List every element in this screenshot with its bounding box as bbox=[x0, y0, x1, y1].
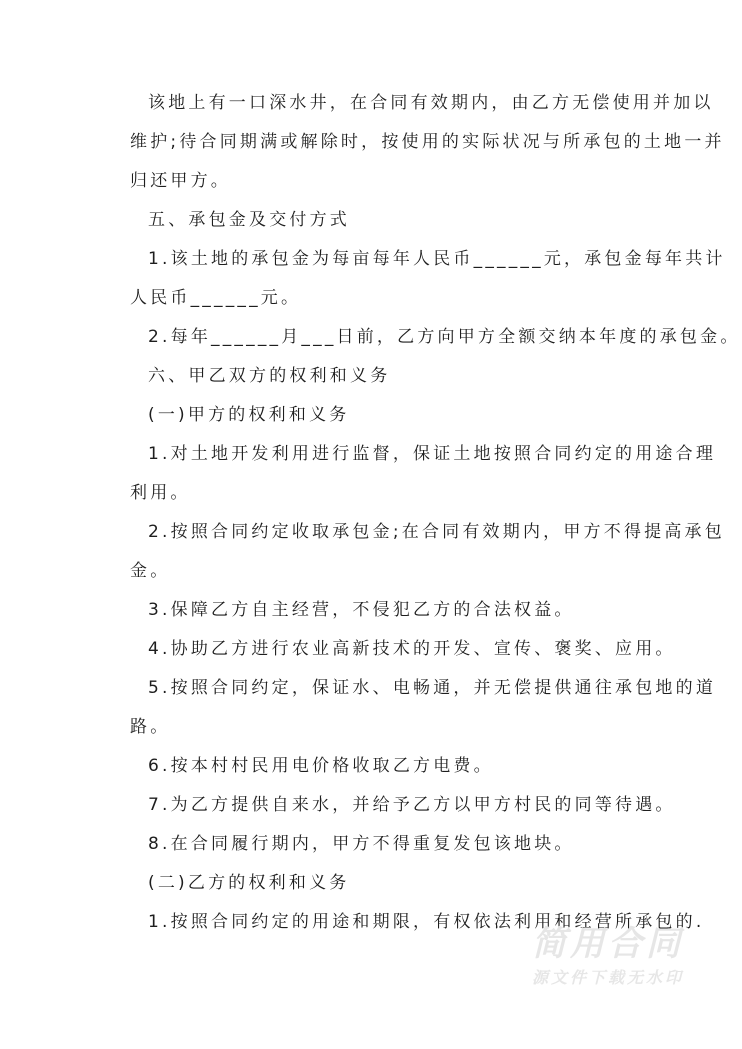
document-page: 该地上有一口深水井，在合同有效期内，由乙方无偿使用并加以 维护;待合同期满或解除… bbox=[130, 90, 675, 948]
paragraph-line: 4.协助乙方进行农业高新技术的开发、宣传、褒奖、应用。 bbox=[130, 636, 675, 675]
watermark-subtitle: 源文件下载无水印 bbox=[508, 963, 708, 993]
paragraph-line: 归还甲方。 bbox=[130, 168, 675, 207]
paragraph-line: 6.按本村村民用电价格收取乙方电费。 bbox=[130, 753, 675, 792]
paragraph-line: 2.按照合同约定收取承包金;在合同有效期内，甲方不得提高承包 bbox=[130, 519, 675, 558]
paragraph-line: 人民币______元。 bbox=[130, 285, 675, 324]
section-heading: 五、承包金及交付方式 bbox=[130, 207, 675, 246]
paragraph-line: 8.在合同履行期内，甲方不得重复发包该地块。 bbox=[130, 831, 675, 870]
paragraph-line: 7.为乙方提供自来水，并给予乙方以甲方村民的同等待遇。 bbox=[130, 792, 675, 831]
paragraph-line: 金。 bbox=[130, 558, 675, 597]
subsection-heading: (二)乙方的权利和义务 bbox=[130, 870, 675, 909]
paragraph-line: 2.每年______月___日前，乙方向甲方全额交纳本年度的承包金。 bbox=[130, 324, 675, 363]
paragraph-line: 1.对土地开发利用进行监督，保证土地按照合同约定的用途合理 bbox=[130, 441, 675, 480]
paragraph-line: 5.按照合同约定，保证水、电畅通，并无偿提供通往承包地的道 bbox=[130, 675, 675, 714]
paragraph-line: 利用。 bbox=[130, 480, 675, 519]
paragraph-line: 3.保障乙方自主经营，不侵犯乙方的合法权益。 bbox=[130, 597, 675, 636]
paragraph-line: 1.该土地的承包金为每亩每年人民币______元，承包金每年共计 bbox=[130, 246, 675, 285]
paragraph-line: 1.按照合同约定的用途和期限，有权依法利用和经营所承包的. bbox=[130, 909, 675, 948]
paragraph-line: 该地上有一口深水井，在合同有效期内，由乙方无偿使用并加以 bbox=[130, 90, 675, 129]
subsection-heading: (一)甲方的权利和义务 bbox=[130, 402, 675, 441]
paragraph-line: 维护;待合同期满或解除时，按使用的实际状况与所承包的土地一并 bbox=[130, 129, 675, 168]
section-heading: 六、甲乙双方的权利和义务 bbox=[130, 363, 675, 402]
paragraph-line: 路。 bbox=[130, 714, 675, 753]
